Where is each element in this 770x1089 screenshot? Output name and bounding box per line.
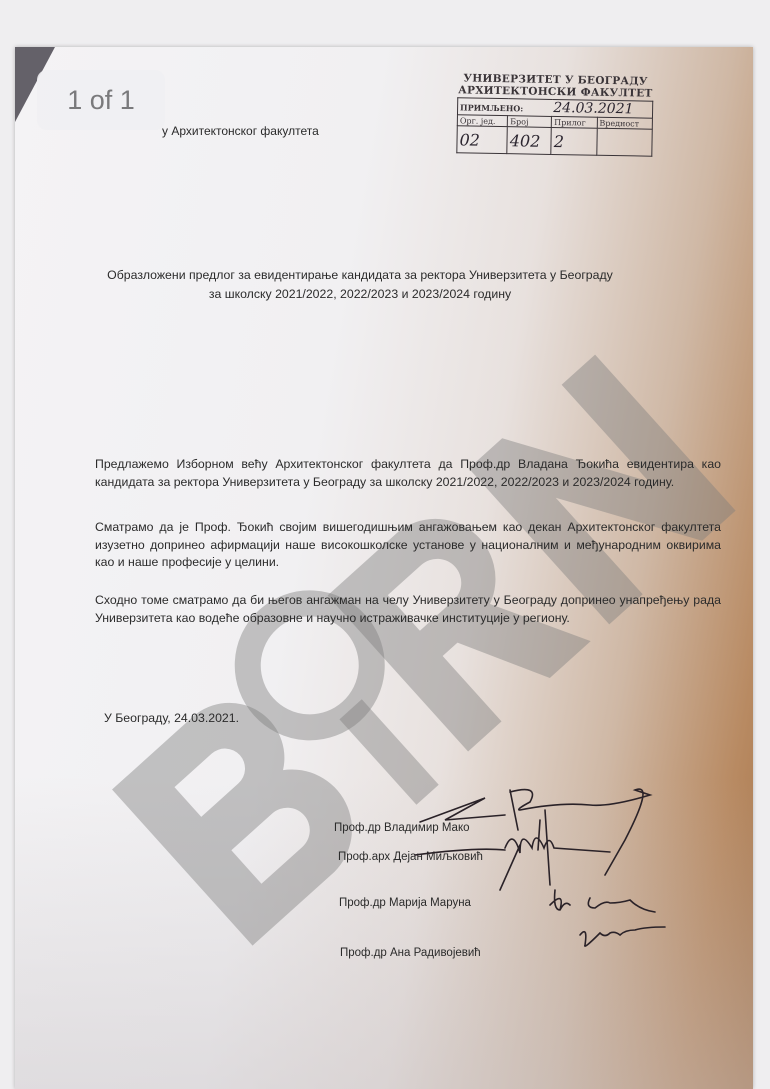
registry-stamp: УНИВЕРЗИТЕТ У БЕОГРАДУ АРХИТЕКТОНСКИ ФАК… xyxy=(456,72,653,156)
stamp-val-org: 02 xyxy=(457,126,508,154)
document-title: Образложени предлог за евидентирање канд… xyxy=(80,266,640,304)
title-line-1: Образложени предлог за евидентирање канд… xyxy=(80,266,640,285)
stamp-col-value: Вредност xyxy=(597,117,653,129)
stamp-col-org: Орг. јед. xyxy=(457,115,507,127)
stamp-table: ПРИМЉЕНО:24.03.2021 Орг. јед. Број Прило… xyxy=(456,97,653,156)
handwritten-signatures xyxy=(410,780,700,980)
paragraph-proposal: Предлажемо Изборном већу Архитектонског … xyxy=(95,456,721,491)
stamp-received-label: ПРИМЉЕНО: xyxy=(460,102,523,113)
page-counter: 1 of 1 xyxy=(37,70,165,130)
paragraph-justification: Сматрамо да је Проф. Ђокић својим вишего… xyxy=(95,519,721,572)
place-date: У Београду, 24.03.2021. xyxy=(104,711,239,725)
addressee-line: у Архитектонског факултета xyxy=(162,124,319,138)
paragraph-conclusion: Сходно томе сматрамо да би његов ангажма… xyxy=(95,592,721,627)
stamp-val-attachment: 2 xyxy=(551,127,597,155)
title-line-2: за школску 2021/2022, 2022/2023 и 2023/2… xyxy=(80,285,640,304)
stamp-col-number: Број xyxy=(508,116,552,128)
stamp-col-attachment: Прилог xyxy=(552,116,597,128)
stamp-received-date: 24.03.2021 xyxy=(553,100,633,117)
stamp-val-number: 402 xyxy=(507,127,551,155)
stamp-val-value xyxy=(596,128,652,156)
